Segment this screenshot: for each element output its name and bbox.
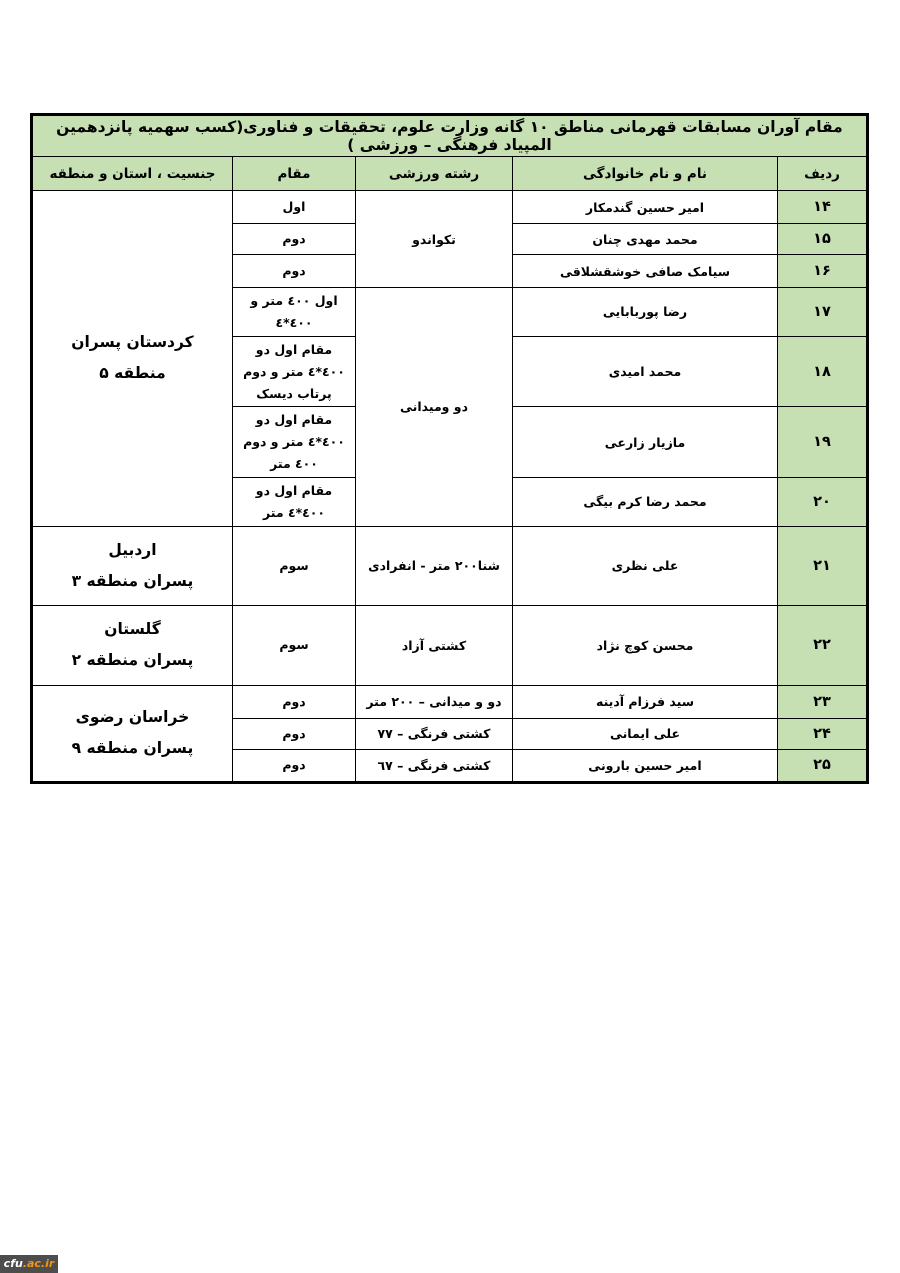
rank-cell: اول ٤٠٠ متر و ٤٠٠*٤	[233, 288, 356, 337]
region-cell-khorasan: خراسان رضوی پسران منطقه ۹	[31, 685, 232, 782]
header-full-name: نام و نام خانوادگی	[513, 157, 778, 191]
row-number-cell: ۱۸	[778, 336, 868, 407]
watermark-prefix: cfu	[4, 1255, 23, 1273]
region-cell-kurdistan: کردستان پسران منطقه ۵	[31, 191, 232, 527]
document-page: مقام آوران مسابقات قهرمانی مناطق ۱۰ گانه…	[0, 0, 900, 1273]
rank-cell: دوم	[233, 255, 356, 288]
region-cell-ardabil: اردبیل پسران منطقه ۳	[31, 526, 232, 605]
name-cell: امیر حسین بارونی	[513, 749, 778, 782]
name-cell: علی ایمانی	[513, 718, 778, 749]
results-table-container: مقام آوران مسابقات قهرمانی مناطق ۱۰ گانه…	[33, 113, 869, 784]
title-row: مقام آوران مسابقات قهرمانی مناطق ۱۰ گانه…	[31, 115, 867, 157]
rank-cell: مقام اول دو ٤٠٠*٤ متر و دوم پرتاب دیسک	[233, 336, 356, 407]
region-line-2: منطقه ۵	[38, 358, 227, 389]
name-cell: محمد امیدی	[513, 336, 778, 407]
name-cell: محمد رضا کرم بیگی	[513, 478, 778, 527]
rank-cell: دوم	[233, 749, 356, 782]
name-cell: رضا پوربابایی	[513, 288, 778, 337]
sport-cell: شنا٢٠٠ متر - انفرادی	[356, 526, 513, 605]
sport-cell: دو و میدانی – ٢٠٠ متر	[356, 685, 513, 718]
table-title: مقام آوران مسابقات قهرمانی مناطق ۱۰ گانه…	[31, 115, 867, 157]
row-number-cell: ۱۴	[778, 191, 868, 224]
region-line-2: پسران منطقه ۳	[38, 566, 227, 597]
sport-cell-taekwondo: تکواندو	[356, 191, 513, 288]
sport-cell: کشتی فرنگی – ٧٧	[356, 718, 513, 749]
results-table: مقام آوران مسابقات قهرمانی مناطق ۱۰ گانه…	[30, 113, 869, 784]
header-row-number: ردیف	[778, 157, 868, 191]
row-number-cell: ۲۰	[778, 478, 868, 527]
region-line-2: پسران منطقه ۲	[38, 645, 227, 676]
header-gender-region: جنسیت ، استان و منطقه	[31, 157, 232, 191]
table-row: ۲۳ سید فرزام آدینه دو و میدانی – ٢٠٠ متر…	[31, 685, 867, 718]
sport-cell-track-field: دو ومیدانی	[356, 288, 513, 527]
cfu-watermark: cfu.ac.ir	[0, 1255, 58, 1273]
header-sport: رشته ورزشی	[356, 157, 513, 191]
rank-cell: مقام اول دو ٤٠٠*٤ متر و دوم ٤٠٠ متر	[233, 407, 356, 478]
header-row: ردیف نام و نام خانوادگی رشته ورزشی مقام …	[31, 157, 867, 191]
header-rank: مقام	[233, 157, 356, 191]
name-cell: مازیار زارعی	[513, 407, 778, 478]
region-line-1: خراسان رضوی	[38, 702, 227, 733]
name-cell: سید فرزام آدینه	[513, 685, 778, 718]
table-row: ۲۱ علی نظری شنا٢٠٠ متر - انفرادی سوم ارد…	[31, 526, 867, 605]
row-number-cell: ۲۵	[778, 749, 868, 782]
watermark-suffix: .ac.ir	[23, 1255, 55, 1273]
table-row: ۱۴ امیر حسین گندمکار تکواندو اول کردستان…	[31, 191, 867, 224]
rank-cell: دوم	[233, 685, 356, 718]
region-line-1: گلستان	[38, 614, 227, 645]
row-number-cell: ۱۷	[778, 288, 868, 337]
name-cell: امیر حسین گندمکار	[513, 191, 778, 224]
region-line-1: اردبیل	[38, 535, 227, 566]
name-cell: سیامک صافی خوشقشلاقی	[513, 255, 778, 288]
name-cell: محسن کوچ نژاد	[513, 605, 778, 685]
name-cell: علی نظری	[513, 526, 778, 605]
region-cell-golestan: گلستان پسران منطقه ۲	[31, 605, 232, 685]
table-row: ۲۲ محسن کوچ نژاد کشتی آزاد سوم گلستان پس…	[31, 605, 867, 685]
rank-cell: دوم	[233, 224, 356, 255]
rank-cell: اول	[233, 191, 356, 224]
rank-cell: سوم	[233, 605, 356, 685]
row-number-cell: ۲۱	[778, 526, 868, 605]
row-number-cell: ۱۶	[778, 255, 868, 288]
rank-cell: دوم	[233, 718, 356, 749]
name-cell: محمد مهدی چنان	[513, 224, 778, 255]
rank-cell: مقام اول دو ٤٠٠*٤ متر	[233, 478, 356, 527]
row-number-cell: ۲۴	[778, 718, 868, 749]
sport-cell: کشتی آزاد	[356, 605, 513, 685]
row-number-cell: ۲۳	[778, 685, 868, 718]
sport-cell: کشتی فرنگی – ٦٧	[356, 749, 513, 782]
row-number-cell: ۲۲	[778, 605, 868, 685]
region-line-2: پسران منطقه ۹	[38, 733, 227, 764]
row-number-cell: ۱۹	[778, 407, 868, 478]
rank-cell: سوم	[233, 526, 356, 605]
row-number-cell: ۱۵	[778, 224, 868, 255]
region-line-1: کردستان پسران	[38, 327, 227, 358]
